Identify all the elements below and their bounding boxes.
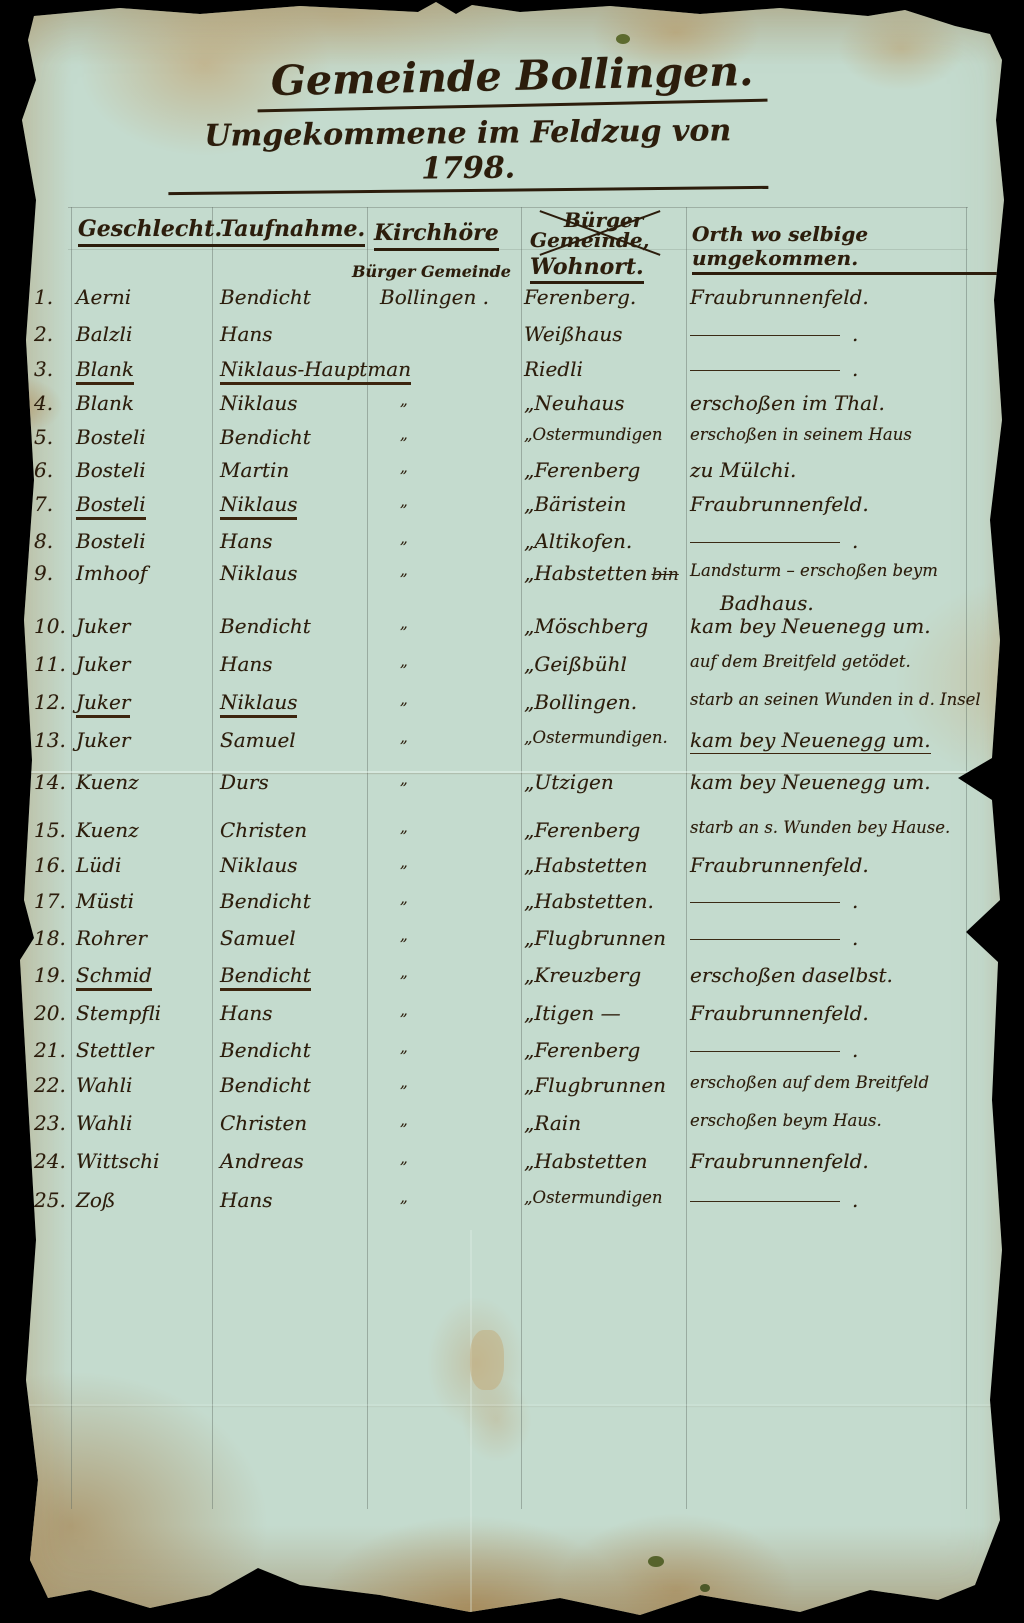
fold-crease bbox=[0, 771, 1024, 773]
residence-cell: „Habstettenbin bbox=[524, 561, 679, 585]
parish-ditto-mark: „ bbox=[400, 1111, 408, 1129]
death-place-cell: starb an seinen Wunden in d. Insel bbox=[690, 690, 1000, 709]
death-place-cell: . bbox=[690, 1188, 1000, 1212]
parish-ditto-mark: „ bbox=[400, 492, 408, 510]
column-header-given-name: Taufnahme. bbox=[220, 216, 365, 247]
death-place-text: Landsturm – erschoßen beym bbox=[690, 561, 938, 580]
row-number: 23. bbox=[34, 1111, 72, 1135]
given-name-cell: Hans bbox=[220, 652, 273, 676]
table-row: 14.KuenzDurs„„Utzigenkam bey Neuenegg um… bbox=[0, 770, 1024, 806]
table-row: 25.ZoßHans„„Ostermundigen. bbox=[0, 1188, 1024, 1224]
cross-out-mark bbox=[536, 210, 664, 258]
surname-cell: Juker bbox=[76, 614, 130, 638]
residence-cell: Riedli bbox=[524, 357, 583, 381]
surname-cell: Wahli bbox=[76, 1073, 132, 1097]
death-place-cell: . bbox=[690, 926, 1000, 950]
table-row: 24.WittschiAndreas„„HabstettenFraubrunne… bbox=[0, 1149, 1024, 1185]
death-place-text: Fraubrunnenfeld. bbox=[690, 492, 869, 516]
death-place-cell: starb an s. Wunden bey Hause. bbox=[690, 818, 1000, 837]
death-place-text: kam bey Neuenegg um. bbox=[690, 614, 931, 638]
row-number: 6. bbox=[34, 458, 72, 482]
parish-ditto-mark: „ bbox=[400, 561, 408, 579]
table-row: 10.JukerBendicht„„Möschbergkam bey Neuen… bbox=[0, 614, 1024, 650]
death-place-text: starb an s. Wunden bey Hause. bbox=[690, 818, 950, 837]
parish-ditto-mark: „ bbox=[400, 529, 408, 547]
table-row: 4.BlankNiklaus„„Neuhauserschoßen im Thal… bbox=[0, 391, 1024, 427]
death-place-text: erschoßen auf dem Breitfeld bbox=[690, 1073, 929, 1092]
given-name-cell: Hans bbox=[220, 322, 273, 346]
row-number: 2. bbox=[34, 322, 72, 346]
death-place-cell: . bbox=[690, 889, 1000, 913]
parish-ditto-mark: „ bbox=[400, 614, 408, 632]
dash-period: . bbox=[852, 322, 858, 346]
residence-cell: „Itigen — bbox=[524, 1001, 621, 1025]
row-number: 11. bbox=[34, 652, 72, 676]
dash-period: . bbox=[852, 889, 858, 913]
table-row: 6.BosteliMartin„„Ferenbergzu Mülchi. bbox=[0, 458, 1024, 494]
residence-cell: Weißhaus bbox=[524, 322, 622, 346]
death-place-cell: Landsturm – erschoßen beym bbox=[690, 561, 1000, 580]
paper-sheet: Gemeinde Bollingen. Umgekommene im Feldz… bbox=[0, 0, 1024, 1623]
column-header-parish-note: Bürger Gemeinde bbox=[352, 262, 511, 281]
row-number: 17. bbox=[34, 889, 72, 913]
given-name-cell: Hans bbox=[220, 1188, 273, 1212]
table-row: 2.BalzliHansWeißhaus. bbox=[0, 322, 1024, 358]
death-place-text-line2: Badhaus. bbox=[720, 591, 814, 615]
row-number: 12. bbox=[34, 690, 72, 714]
residence-cell: „Altikofen. bbox=[524, 529, 632, 553]
death-place-text: Fraubrunnenfeld. bbox=[690, 1149, 869, 1173]
surname-cell: Blank bbox=[76, 357, 134, 385]
death-place-cell: Fraubrunnenfeld. bbox=[690, 853, 1000, 877]
death-place-text: Fraubrunnenfeld. bbox=[690, 285, 869, 309]
blank-dash-line bbox=[690, 939, 840, 940]
surname-cell: Aerni bbox=[76, 285, 131, 309]
death-place-text: auf dem Breitfeld getödet. bbox=[690, 652, 911, 671]
parish-ditto-mark: „ bbox=[400, 391, 408, 409]
dash-period: . bbox=[852, 529, 858, 553]
table-row: 19.SchmidBendicht„„Kreuzbergerschoßen da… bbox=[0, 963, 1024, 999]
parish-ditto-mark: „ bbox=[400, 458, 408, 476]
page-subtitle-text: Umgekommene im Feldzug von 1798. bbox=[168, 113, 769, 195]
table-row: 5.BosteliBendicht„„Ostermundigenerschoße… bbox=[0, 425, 1024, 461]
surname-cell: Juker bbox=[76, 690, 130, 718]
surname-cell: Kuenz bbox=[76, 770, 139, 794]
row-number: 25. bbox=[34, 1188, 72, 1212]
dash-period: . bbox=[852, 357, 858, 381]
surname-cell: Zoß bbox=[76, 1188, 115, 1212]
parish-cell: Bollingen . bbox=[380, 285, 489, 309]
death-place-text: Fraubrunnenfeld. bbox=[690, 1001, 869, 1025]
blank-dash-line bbox=[690, 370, 840, 371]
surname-cell: Stettler bbox=[76, 1038, 153, 1062]
given-name-cell: Martin bbox=[220, 458, 289, 482]
table-row: 13.JukerSamuel„„Ostermundigen.kam bey Ne… bbox=[0, 728, 1024, 764]
residence-cell: „Ostermundigen bbox=[524, 1188, 663, 1207]
table-row: 22.WahliBendicht„„Flugbrunnenerschoßen a… bbox=[0, 1073, 1024, 1109]
death-place-cell: kam bey Neuenegg um. bbox=[690, 770, 1000, 794]
surname-cell: Bosteli bbox=[76, 492, 146, 520]
given-name-cell: Niklaus-Hauptman bbox=[220, 357, 411, 385]
given-name-cell: Bendicht bbox=[220, 963, 311, 991]
row-number: 15. bbox=[34, 818, 72, 842]
column-header-parish: Kirchhöre bbox=[374, 220, 499, 251]
parish-ditto-mark: „ bbox=[400, 963, 408, 981]
row-number: 4. bbox=[34, 391, 72, 415]
residence-cell: „Bollingen. bbox=[524, 690, 637, 714]
table-row: 12.JukerNiklaus„„Bollingen.starb an sein… bbox=[0, 690, 1024, 726]
row-number: 8. bbox=[34, 529, 72, 553]
given-name-cell: Hans bbox=[220, 529, 273, 553]
surname-cell: Lüdi bbox=[76, 853, 121, 877]
death-place-cell: . bbox=[690, 357, 1000, 381]
surname-cell: Juker bbox=[76, 728, 130, 752]
page-title: Gemeinde Bollingen. bbox=[252, 52, 772, 107]
residence-cell: Ferenberg. bbox=[524, 285, 636, 309]
surname-cell: Wittschi bbox=[76, 1149, 159, 1173]
surname-cell: Imhoof bbox=[76, 561, 147, 585]
row-number: 21. bbox=[34, 1038, 72, 1062]
blank-dash-line bbox=[690, 542, 840, 543]
table-row: 17.MüstiBendicht„„Habstetten.. bbox=[0, 889, 1024, 925]
parish-ditto-mark: „ bbox=[400, 889, 408, 907]
parish-ditto-mark: „ bbox=[400, 853, 408, 871]
residence-cell: „Ferenberg bbox=[524, 818, 640, 842]
residence-cell: „Ostermundigen. bbox=[524, 728, 668, 747]
stain bbox=[470, 1330, 504, 1390]
given-name-cell: Bendicht bbox=[220, 1038, 311, 1062]
parish-ditto-mark: „ bbox=[400, 1073, 408, 1091]
death-place-cell: Fraubrunnenfeld. bbox=[690, 285, 1000, 309]
residence-cell: „Geißbühl bbox=[524, 652, 627, 676]
table-row: 9.ImhoofNiklaus„„HabstettenbinLandsturm … bbox=[0, 561, 1024, 597]
row-number: 5. bbox=[34, 425, 72, 449]
death-place-text: starb an seinen Wunden in d. Insel bbox=[690, 690, 981, 709]
death-place-cell: erschoßen daselbst. bbox=[690, 963, 1000, 987]
death-place-cell: kam bey Neuenegg um. bbox=[690, 728, 1000, 752]
residence-cell: „Habstetten bbox=[524, 1149, 647, 1173]
surname-cell: Balzli bbox=[76, 322, 132, 346]
surname-cell: Bosteli bbox=[76, 458, 146, 482]
stain-speck bbox=[616, 34, 630, 44]
table-row: 23.WahliChristen„„Rainerschoßen beym Hau… bbox=[0, 1111, 1024, 1147]
surname-cell: Schmid bbox=[76, 963, 152, 991]
residence-header-text: Wohnort. bbox=[530, 254, 644, 284]
row-number: 24. bbox=[34, 1149, 72, 1173]
row-number: 18. bbox=[34, 926, 72, 950]
column-header-residence: Bürger Gemeinde, Wohnort. bbox=[530, 208, 690, 284]
residence-cell: „Habstetten. bbox=[524, 889, 654, 913]
given-name-cell: Hans bbox=[220, 1001, 273, 1025]
table-row: 7.BosteliNiklaus„„BäristeinFraubrunnenfe… bbox=[0, 492, 1024, 528]
surname-cell: Rohrer bbox=[76, 926, 147, 950]
residence-cell: „Kreuzberg bbox=[524, 963, 641, 987]
parish-ditto-mark: „ bbox=[400, 425, 408, 443]
residence-cell: „Ferenberg bbox=[524, 458, 640, 482]
death-place-text: erschoßen in seinem Haus bbox=[690, 425, 912, 444]
table-top-rule bbox=[68, 207, 968, 208]
death-place-text: zu Mülchi. bbox=[690, 458, 796, 482]
surname-cell: Bosteli bbox=[76, 425, 146, 449]
parish-ditto-mark: „ bbox=[400, 926, 408, 944]
parish-ditto-mark: „ bbox=[400, 1149, 408, 1167]
death-place-text: Fraubrunnenfeld. bbox=[690, 853, 869, 877]
blank-dash-line bbox=[690, 1201, 840, 1202]
table-row: 15.KuenzChristen„„Ferenbergstarb an s. W… bbox=[0, 818, 1024, 854]
row-number: 16. bbox=[34, 853, 72, 877]
death-place-cell: zu Mülchi. bbox=[690, 458, 1000, 482]
surname-cell: Kuenz bbox=[76, 818, 139, 842]
given-name-cell: Niklaus bbox=[220, 561, 297, 585]
row-number: 9. bbox=[34, 561, 72, 585]
surname-cell: Wahli bbox=[76, 1111, 132, 1135]
fold-crease bbox=[0, 1404, 1024, 1406]
row-number: 10. bbox=[34, 614, 72, 638]
surname-cell: Müsti bbox=[76, 889, 134, 913]
given-name-cell: Samuel bbox=[220, 728, 296, 752]
death-place-text: erschoßen daselbst. bbox=[690, 963, 893, 987]
dash-period: . bbox=[852, 1188, 858, 1212]
death-place-cell: . bbox=[690, 1038, 1000, 1062]
death-place-text: kam bey Neuenegg um. bbox=[690, 728, 931, 754]
given-name-cell: Bendicht bbox=[220, 285, 311, 309]
table-row: 16.LüdiNiklaus„„HabstettenFraubrunnenfel… bbox=[0, 853, 1024, 889]
column-header-surname: Geschlecht. bbox=[78, 216, 222, 247]
stain-speck bbox=[648, 1556, 664, 1567]
fold-crease bbox=[470, 1230, 472, 1620]
row-number: 20. bbox=[34, 1001, 72, 1025]
given-name-cell: Niklaus bbox=[220, 690, 297, 718]
given-name-cell: Samuel bbox=[220, 926, 296, 950]
given-name-cell: Bendicht bbox=[220, 614, 311, 638]
struck-word: bin bbox=[651, 565, 678, 585]
residence-cell: „Flugbrunnen bbox=[524, 1073, 666, 1097]
given-name-cell: Durs bbox=[220, 770, 269, 794]
given-name-cell: Niklaus bbox=[220, 853, 297, 877]
surname-cell: Juker bbox=[76, 652, 130, 676]
parish-ditto-mark: „ bbox=[400, 818, 408, 836]
row-number: 13. bbox=[34, 728, 72, 752]
table-row: 21.StettlerBendicht„„Ferenberg. bbox=[0, 1038, 1024, 1074]
table-row: 8.BosteliHans„„Altikofen.. bbox=[0, 529, 1024, 565]
residence-cell: „Ostermundigen bbox=[524, 425, 663, 444]
parish-ditto-mark: „ bbox=[400, 1001, 408, 1019]
death-place-cell: erschoßen in seinem Haus bbox=[690, 425, 1000, 444]
row-number: 22. bbox=[34, 1073, 72, 1097]
parish-ditto-mark: „ bbox=[400, 1038, 408, 1056]
blank-dash-line bbox=[690, 1051, 840, 1052]
given-name-cell: Niklaus bbox=[220, 391, 297, 415]
document-photo: Gemeinde Bollingen. Umgekommene im Feldz… bbox=[0, 0, 1024, 1623]
death-place-cell: auf dem Breitfeld getödet. bbox=[690, 652, 1000, 671]
page-title-text: Gemeinde Bollingen. bbox=[256, 47, 767, 113]
parish-ditto-mark: „ bbox=[400, 652, 408, 670]
parish-ditto-mark: „ bbox=[400, 728, 408, 746]
residence-cell: „Neuhaus bbox=[524, 391, 625, 415]
death-place-cell: Fraubrunnenfeld. bbox=[690, 1001, 1000, 1025]
residence-cell: „Möschberg bbox=[524, 614, 648, 638]
residence-cell: „Habstetten bbox=[524, 853, 647, 877]
table-row: 11.JukerHans„„Geißbühlauf dem Breitfeld … bbox=[0, 652, 1024, 688]
given-name-cell: Christen bbox=[220, 818, 307, 842]
parish-ditto-mark: „ bbox=[400, 1188, 408, 1206]
residence-cell: „Ferenberg bbox=[524, 1038, 640, 1062]
death-place-cell: Fraubrunnenfeld. bbox=[690, 492, 1000, 516]
death-place-cell: erschoßen auf dem Breitfeld bbox=[690, 1073, 1000, 1092]
surname-cell: Bosteli bbox=[76, 529, 146, 553]
given-name-cell: Bendicht bbox=[220, 1073, 311, 1097]
column-header-death-place: Orth wo selbige umgekommen. bbox=[692, 222, 1024, 275]
surname-cell: Stempfli bbox=[76, 1001, 161, 1025]
residence-cell: „Flugbrunnen bbox=[524, 926, 666, 950]
row-number: 14. bbox=[34, 770, 72, 794]
table-row: 1.AerniBendichtBollingen .Ferenberg.Frau… bbox=[0, 285, 1024, 321]
dash-period: . bbox=[852, 926, 858, 950]
page-subtitle: Umgekommene im Feldzug von 1798. bbox=[168, 116, 768, 192]
residence-cell: „Utzigen bbox=[524, 770, 614, 794]
death-place-cell: kam bey Neuenegg um. bbox=[690, 614, 1000, 638]
blank-dash-line bbox=[690, 335, 840, 336]
table-row: 18.RohrerSamuel„„Flugbrunnen. bbox=[0, 926, 1024, 962]
given-name-cell: Christen bbox=[220, 1111, 307, 1135]
given-name-cell: Bendicht bbox=[220, 425, 311, 449]
death-place-text: erschoßen beym Haus. bbox=[690, 1111, 882, 1130]
given-name-cell: Andreas bbox=[220, 1149, 304, 1173]
death-place-cell: erschoßen beym Haus. bbox=[690, 1111, 1000, 1130]
table-row: 3.BlankNiklaus-HauptmanRiedli. bbox=[0, 357, 1024, 393]
death-place-cell: . bbox=[690, 322, 1000, 346]
given-name-cell: Niklaus bbox=[220, 492, 297, 520]
residence-cell: „Rain bbox=[524, 1111, 581, 1135]
row-number: 1. bbox=[34, 285, 72, 309]
row-number: 3. bbox=[34, 357, 72, 381]
blank-dash-line bbox=[690, 902, 840, 903]
death-place-text: erschoßen im Thal. bbox=[690, 391, 885, 415]
death-place-cell: Fraubrunnenfeld. bbox=[690, 1149, 1000, 1173]
stain-speck bbox=[700, 1584, 710, 1592]
table-row: 20.StempfliHans„„Itigen —Fraubrunnenfeld… bbox=[0, 1001, 1024, 1037]
residence-cell: „Bäristein bbox=[524, 492, 626, 516]
dash-period: . bbox=[852, 1038, 858, 1062]
given-name-cell: Bendicht bbox=[220, 889, 311, 913]
surname-cell: Blank bbox=[76, 391, 134, 415]
death-place-cell: erschoßen im Thal. bbox=[690, 391, 1000, 415]
row-number: 7. bbox=[34, 492, 72, 516]
row-number: 19. bbox=[34, 963, 72, 987]
death-place-cell: . bbox=[690, 529, 1000, 553]
parish-ditto-mark: „ bbox=[400, 690, 408, 708]
death-place-text: kam bey Neuenegg um. bbox=[690, 770, 931, 794]
